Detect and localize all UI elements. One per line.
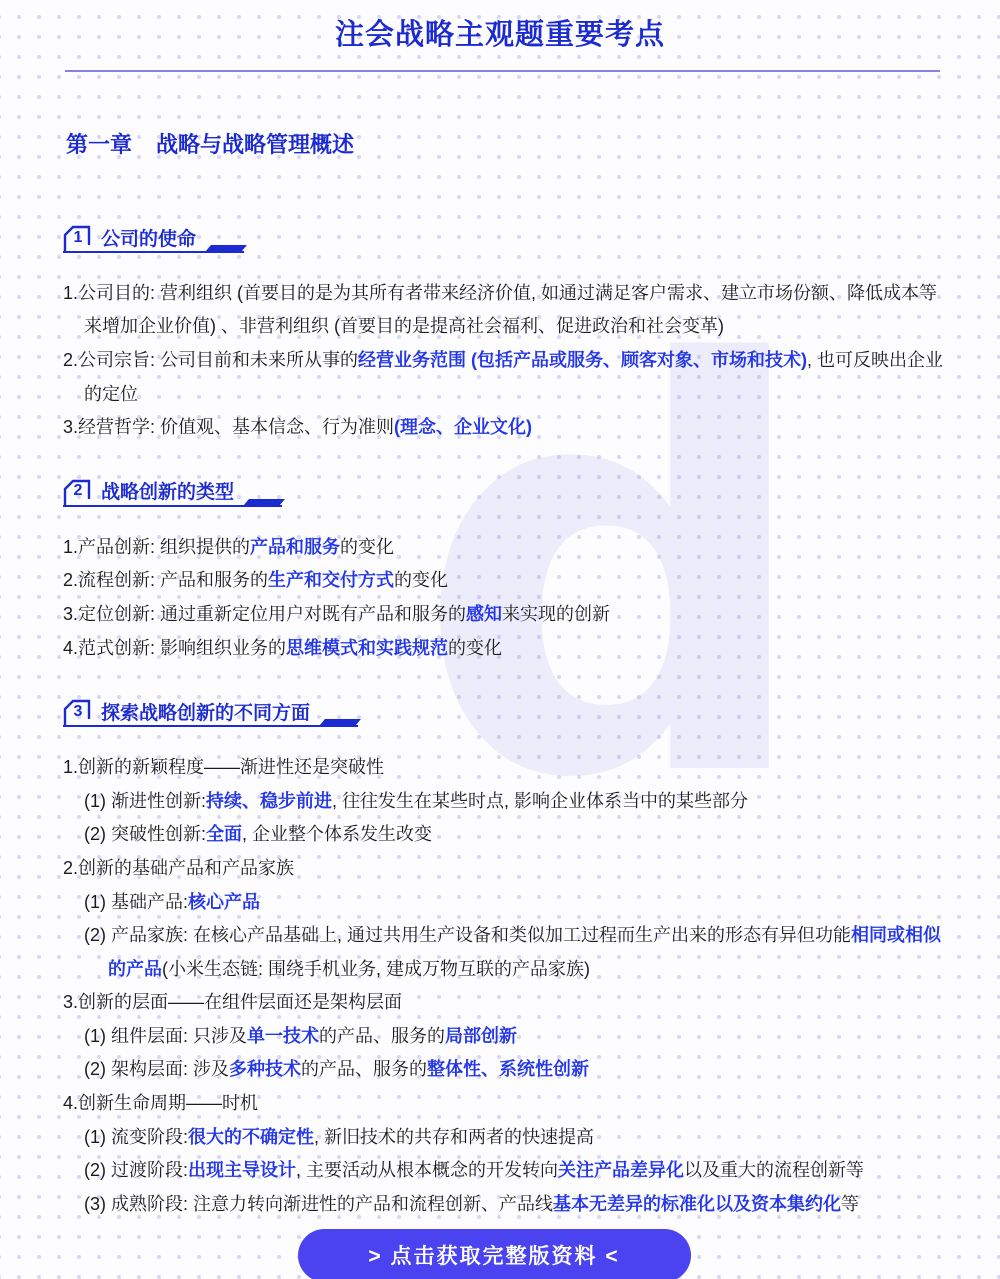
section-header: 1 公司的使命 [63, 225, 196, 253]
text-line: (2) 架构层面: 涉及多种技术的产品、服务的整体性、系统性创新 [63, 1052, 1000, 1086]
text-segment: 的定位 [84, 380, 138, 406]
text-line: (1) 组件层面: 只涉及单一技术的产品、服务的局部创新 [63, 1018, 1000, 1052]
text-segment: , 主要活动从根本概念的开发转向 [296, 1156, 558, 1182]
text-segment: (1) 组件层面: 只涉及 [84, 1022, 247, 1048]
highlighted-text: 整体性、系统性创新 [427, 1055, 589, 1081]
text-segment: (1) 流变阶段: [84, 1123, 188, 1149]
page-title: 注会战略主观题重要考点 [0, 12, 1000, 53]
title-divider [65, 70, 940, 72]
text-line: (3) 成熟阶段: 注意力转向渐进性的产品和流程创新、产品线基本无差异的标准化以… [63, 1186, 1000, 1220]
highlighted-text: 经营业务范围 (包括产品或服务、顾客对象、市场和技术) [358, 346, 807, 372]
text-segment: 的变化 [448, 634, 502, 660]
chapter-number: 第一章 [66, 128, 132, 159]
section-header-row: 1 公司的使命 [63, 225, 196, 249]
section-header-row: 3 探索战略创新的不同方面 [63, 699, 310, 723]
highlighted-text: 核心产品 [188, 888, 260, 914]
text-segment: 的变化 [340, 533, 394, 559]
highlighted-text: 基本无差异的标准化以及资本集约化 [553, 1190, 841, 1216]
text-line: 1.公司目的: 营利组织 (首要目的是为其所有者带来经济价值, 如通过满足客户需… [63, 275, 1000, 309]
text-segment: , 往往发生在某些时点, 影响企业体系当中的某些部分 [332, 787, 748, 813]
section-lines: 1.创新的新颖程度——渐进性还是突破性(1) 渐进性创新: 持续、稳步前进, 往… [63, 749, 1000, 1219]
highlighted-text: 的产品 [108, 955, 162, 981]
text-segment: (1) 渐进性创新: [84, 787, 206, 813]
section-number-badge: 1 [63, 225, 90, 249]
text-segment: 2.创新的基础产品和产品家族 [63, 854, 294, 880]
text-line: 来增加企业价值) 、非营利组织 (首要目的是提高社会福利、促进政治和社会变革) [63, 309, 1000, 343]
highlighted-text: 关注产品差异化 [558, 1156, 684, 1182]
text-segment: 来增加企业价值) 、非营利组织 (首要目的是提高社会福利、促进政治和社会变革) [84, 312, 724, 338]
text-segment: 1.产品创新: 组织提供的 [63, 533, 250, 559]
text-segment: 的变化 [394, 566, 448, 592]
text-segment: 1.创新的新颖程度——渐进性还是突破性 [63, 753, 384, 779]
text-segment: 等 [841, 1190, 859, 1216]
section-underline [63, 505, 282, 507]
section-lines: 1.公司目的: 营利组织 (首要目的是为其所有者带来经济价值, 如通过满足客户需… [63, 275, 1000, 443]
underline-slash-icon [319, 719, 361, 726]
text-line: 的产品 (小米生态链: 围绕手机业务, 建成万物互联的产品家族) [63, 951, 1000, 985]
highlighted-text: 感知 [466, 600, 502, 626]
text-line: 3.经营哲学: 价值观、基本信念、行为准则 (理念、企业文化) [63, 409, 1000, 443]
section-lines: 1.产品创新: 组织提供的产品和服务的变化2.流程创新: 产品和服务的生产和交付… [63, 529, 1000, 663]
section-title: 战略创新的类型 [101, 477, 234, 504]
section-number-badge: 2 [63, 479, 90, 503]
highlighted-text: 相同或相似 [851, 921, 941, 947]
text-line: 1.创新的新颖程度——渐进性还是突破性 [63, 749, 1000, 783]
text-line: 1.产品创新: 组织提供的产品和服务的变化 [63, 529, 1000, 563]
highlighted-text: 很大的不确定性 [188, 1123, 314, 1149]
section: 2 战略创新的类型 1.产品创新: 组织提供的产品和服务的变化2.流程创新: 产… [63, 479, 1000, 663]
section: 1 公司的使命 1.公司目的: 营利组织 (首要目的是为其所有者带来经济价值, … [63, 225, 1000, 443]
text-segment: 以及重大的流程创新等 [684, 1156, 864, 1182]
document-page: d 注会战略主观题重要考点 第一章 战略与战略管理概述 1 公司的使命 1.公司… [0, 0, 1000, 1279]
section-number: 1 [71, 228, 83, 247]
text-line: (1) 渐进性创新: 持续、稳步前进, 往往发生在某些时点, 影响企业体系当中的… [63, 783, 1000, 817]
highlighted-text: 多种技术 [229, 1055, 301, 1081]
highlighted-text: (理念、企业文化) [394, 413, 532, 439]
cta-button[interactable]: > 点击获取完整版资料 < [298, 1229, 691, 1279]
text-segment: , 企业整个体系发生改变 [242, 820, 432, 846]
text-segment: 的产品、服务的 [319, 1022, 445, 1048]
text-line: (1) 基础产品: 核心产品 [63, 884, 1000, 918]
sections-container: 1 公司的使命 1.公司目的: 营利组织 (首要目的是为其所有者带来经济价值, … [63, 225, 1000, 1220]
text-segment: , 新旧技术的共存和两者的快速提高 [314, 1123, 594, 1149]
section-number-badge: 3 [63, 699, 90, 723]
text-segment: (小米生态链: 围绕手机业务, 建成万物互联的产品家族) [162, 955, 590, 981]
text-segment: (2) 架构层面: 涉及 [84, 1055, 229, 1081]
highlighted-text: 出现主导设计 [188, 1156, 296, 1182]
highlighted-text: 全面 [206, 820, 242, 846]
chapter-heading: 第一章 战略与战略管理概述 [66, 128, 1000, 159]
text-segment: 2.公司宗旨: 公司目前和未来所从事的 [63, 346, 358, 372]
text-segment: (1) 基础产品: [84, 888, 188, 914]
text-segment: 3.创新的层面——在组件层面还是架构层面 [63, 988, 402, 1014]
highlighted-text: 单一技术 [247, 1022, 319, 1048]
section-title: 探索战略创新的不同方面 [101, 698, 310, 725]
highlighted-text: 生产和交付方式 [268, 566, 394, 592]
text-line: 2.流程创新: 产品和服务的生产和交付方式的变化 [63, 563, 1000, 597]
text-segment: 3.经营哲学: 价值观、基本信念、行为准则 [63, 413, 394, 439]
text-segment: (2) 突破性创新: [84, 820, 206, 846]
document-content: 注会战略主观题重要考点 第一章 战略与战略管理概述 1 公司的使命 1.公司目的… [0, 12, 1000, 1279]
highlighted-text: 持续、稳步前进 [206, 787, 332, 813]
text-line: 4.创新生命周期——时机 [63, 1085, 1000, 1119]
section-title: 公司的使命 [101, 224, 196, 251]
highlighted-text: 产品和服务 [250, 533, 340, 559]
text-line: (2) 过渡阶段: 出现主导设计, 主要活动从根本概念的开发转向关注产品差异化以… [63, 1152, 1000, 1186]
highlighted-text: 思维模式和实践规范 [286, 634, 448, 660]
section-header: 3 探索战略创新的不同方面 [63, 699, 310, 727]
text-line: (2) 产品家族: 在核心产品基础上, 通过共用生产设备和类似加工过程而生产出来… [63, 917, 1000, 951]
section-header-row: 2 战略创新的类型 [63, 479, 234, 503]
text-line: 4.范式创新: 影响组织业务的思维模式和实践规范的变化 [63, 630, 1000, 664]
section-number: 3 [71, 702, 83, 721]
section-underline [63, 251, 244, 253]
text-segment: (2) 过渡阶段: [84, 1156, 188, 1182]
text-line: 2.公司宗旨: 公司目前和未来所从事的经营业务范围 (包括产品或服务、顾客对象、… [63, 342, 1000, 376]
underline-slash-icon [205, 245, 247, 252]
section-number: 2 [71, 481, 83, 500]
underline-slash-icon [243, 499, 285, 506]
text-segment: 来实现的创新 [502, 600, 610, 626]
text-segment: 3.定位创新: 通过重新定位用户对既有产品和服务的 [63, 600, 466, 626]
text-segment: , 也可反映出企业 [807, 346, 943, 372]
section-header: 2 战略创新的类型 [63, 479, 234, 507]
text-line: 的定位 [63, 376, 1000, 410]
text-segment: (2) 产品家族: 在核心产品基础上, 通过共用生产设备和类似加工过程而生产出来… [84, 921, 851, 947]
text-segment: 的产品、服务的 [301, 1055, 427, 1081]
text-line: 3.创新的层面——在组件层面还是架构层面 [63, 985, 1000, 1019]
text-segment: 2.流程创新: 产品和服务的 [63, 566, 268, 592]
section: 3 探索战略创新的不同方面 1.创新的新颖程度——渐进性还是突破性(1) 渐进性… [63, 699, 1000, 1219]
text-line: 2.创新的基础产品和产品家族 [63, 850, 1000, 884]
highlighted-text: 局部创新 [445, 1022, 517, 1048]
section-underline [63, 725, 358, 727]
chapter-title: 战略与战略管理概述 [156, 128, 354, 159]
text-line: (2) 突破性创新: 全面, 企业整个体系发生改变 [63, 817, 1000, 851]
text-segment: 4.创新生命周期——时机 [63, 1089, 258, 1115]
text-segment: (3) 成熟阶段: 注意力转向渐进性的产品和流程创新、产品线 [84, 1190, 553, 1216]
text-segment: 1.公司目的: 营利组织 (首要目的是为其所有者带来经济价值, 如通过满足客户需… [63, 279, 937, 305]
text-segment: 4.范式创新: 影响组织业务的 [63, 634, 286, 660]
text-line: (1) 流变阶段: 很大的不确定性, 新旧技术的共存和两者的快速提高 [63, 1119, 1000, 1153]
text-line: 3.定位创新: 通过重新定位用户对既有产品和服务的感知来实现的创新 [63, 596, 1000, 630]
